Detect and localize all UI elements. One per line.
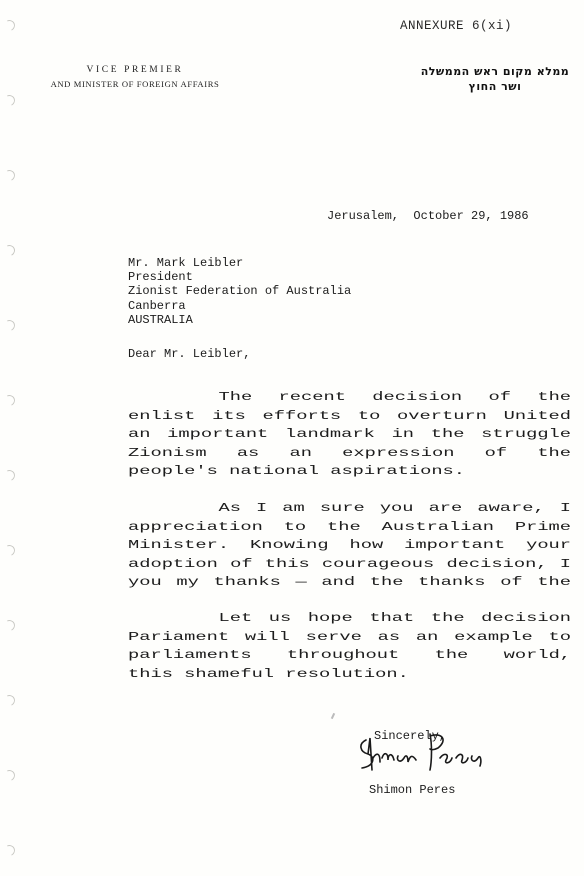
paragraph-line: Let us hope that the decision of the Aus… [128, 609, 571, 628]
paragraph-line: an important landmark in the struggle to… [128, 425, 571, 444]
paragraph-3: Let us hope that the decision of the Aus… [128, 609, 571, 683]
paragraph-line: appreciation to the Australian Prime Min… [128, 518, 571, 537]
paragraph-line: parliaments throughout the world, leadin… [128, 646, 571, 665]
letterhead-subtitle: AND MINISTER OF FOREIGN AFFAIRS [30, 77, 240, 92]
paragraph-line: people's national aspirations. [128, 462, 571, 481]
recipient-title: President [128, 270, 351, 284]
paragraph-line: Zionism as an expression of the realizat… [128, 444, 571, 463]
stray-mark [331, 713, 335, 719]
punch-hole-mark [2, 843, 16, 857]
letterhead-hebrew-line2: ושר החוץ [420, 79, 570, 94]
punch-hole-mark [2, 693, 16, 707]
handwritten-signature: Shimon Peres (handwritten signature) [352, 730, 492, 780]
signer-name: Shimon Peres [369, 783, 455, 797]
punch-hole-mark [2, 543, 16, 557]
letterhead-hebrew: ממלא מקום ראש הממשלה ושר החוץ [420, 64, 570, 94]
punch-hole-mark [2, 618, 16, 632]
date-line: Jerusalem, October 29, 1986 [327, 209, 529, 223]
paragraph-line: adoption of this courageous decision, I … [128, 555, 571, 574]
letter-page: ANNEXURE 6(xi) VICE PREMIER AND MINISTER… [0, 0, 584, 876]
recipient-city: Canberra [128, 299, 351, 313]
salutation: Dear Mr. Leibler, [128, 347, 250, 361]
punch-hole-mark [2, 18, 16, 32]
paragraph-2: As I am sure you are aware, I have sent … [128, 499, 571, 592]
letterhead-hebrew-line1: ממלא מקום ראש הממשלה [420, 64, 570, 79]
letterhead-english: VICE PREMIER AND MINISTER OF FOREIGN AFF… [30, 63, 240, 92]
annexure-label: ANNEXURE 6(xi) [400, 19, 512, 33]
paragraph-line: Minister. Knowing how important your own… [128, 536, 571, 555]
punch-hole-mark [2, 768, 16, 782]
punch-hole-mark [2, 393, 16, 407]
recipient-country: AUSTRALIA [128, 313, 351, 327]
punch-hole-mark [2, 468, 16, 482]
paragraph-1: The recent decision of the Australian Pa… [128, 388, 571, 481]
punch-hole-mark [2, 318, 16, 332]
paragraph-line: As I am sure you are aware, I have sent … [128, 499, 571, 518]
recipient-address: Mr. Mark Leibler President Zionist Feder… [128, 256, 351, 327]
paragraph-line: enlist its efforts to overturn United Na… [128, 407, 571, 426]
paragraph-line: you my thanks — and the thanks of the Je… [128, 573, 571, 592]
paragraph-line: Pariament will serve as an example to go… [128, 628, 571, 647]
punch-hole-mark [2, 93, 16, 107]
paragraph-line: this shameful resolution. [128, 665, 571, 684]
recipient-name: Mr. Mark Leibler [128, 256, 351, 270]
letterhead-title: VICE PREMIER [30, 63, 240, 77]
punch-hole-mark [2, 168, 16, 182]
punch-hole-mark [2, 243, 16, 257]
paragraph-line: The recent decision of the Australian Pa… [128, 388, 571, 407]
recipient-organization: Zionist Federation of Australia [128, 284, 351, 298]
